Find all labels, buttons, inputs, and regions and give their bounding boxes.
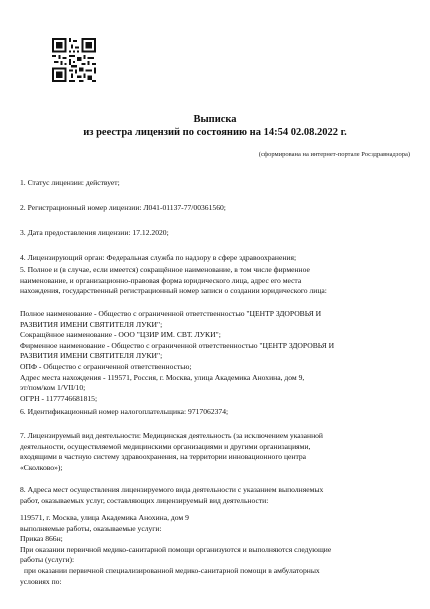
place-address: 119571, г. Москва, улица Академика Анохи… [20, 513, 412, 524]
full-name-cont: РАЗВИТИЯ ИМЕНИ СВЯТИТЕЛЯ ЛУКИ"; [20, 320, 412, 331]
licensing-authority: 4. Лицензирующий орган: Федеральная служ… [20, 253, 415, 264]
works-label: выполняемые работы, оказываемые услуги: [20, 524, 412, 535]
text-line: работ, оказываемых услуг, составляющих л… [20, 496, 412, 507]
text-line: деятельности, осуществляемой медицинским… [20, 442, 412, 453]
full-name: Полное наименование - Общество с огранич… [20, 309, 412, 320]
text-line: 5. Полное и (в случае, если имеется) сок… [20, 265, 412, 276]
section-5-heading: 5. Полное и (в случае, если имеется) сок… [20, 265, 412, 297]
generated-note: (сформирована на интернет-портале Росздр… [259, 151, 410, 158]
license-number: 2. Регистрационный номер лицензии: Л041-… [20, 203, 415, 214]
text-line: «Сколково»); [20, 463, 412, 474]
text-line: 8. Адреса мест осуществления лицензируем… [20, 485, 412, 496]
section-7-activity: 7. Лицензируемый вид деятельности: Медиц… [20, 431, 412, 473]
license-date: 3. Дата предоставления лицензии: 17.12.2… [20, 228, 415, 239]
pmsp-line-cont: работы (услуги): [20, 555, 412, 566]
brand-name-cont: РАЗВИТИЯ ИМЕНИ СВЯТИТЕЛЯ ЛУКИ"; [20, 351, 412, 362]
activity-place: 119571, г. Москва, улица Академика Анохи… [20, 513, 412, 587]
opf: ОПФ - Общество с ограниченной ответствен… [20, 362, 412, 373]
address: Адрес места нахождения - 119571, Россия,… [20, 373, 412, 384]
text-line: входящими в частную систему здравоохране… [20, 452, 412, 463]
license-status: 1. Статус лицензии: действует; [20, 178, 415, 189]
text-line: наименование, и организационно-правовая … [20, 276, 412, 287]
inn: 6. Идентификационный номер налогоплатель… [20, 407, 415, 418]
text-line: 7. Лицензируемый вид деятельности: Медиц… [20, 431, 412, 442]
brand-name: Фирменное наименование - Общество с огра… [20, 341, 412, 352]
organization-details: Полное наименование - Общество с огранич… [20, 309, 412, 404]
specialized-care: при оказании первичной специализированно… [20, 566, 412, 577]
order-ref: Приказ 866н; [20, 534, 412, 545]
text-line: нахождения, государственный регистрацион… [20, 286, 412, 297]
specialized-care-cont: условиях по: [20, 577, 412, 588]
qr-code [52, 38, 96, 82]
section-8-addresses: 8. Адреса мест осуществления лицензируем… [20, 485, 412, 506]
pmsp-line: При оказании первичной медико-санитарной… [20, 545, 412, 556]
document-subtitle-date: из реестра лицензий по состоянию на 14:5… [0, 127, 430, 138]
document-title: Выписка [0, 114, 430, 125]
short-name: Сокращённое наименование - ООО "ЦЗИР ИМ.… [20, 330, 412, 341]
address-cont: эт/пом/ком 1/VII/10; [20, 383, 412, 394]
ogrn: ОГРН - 1177746681815; [20, 394, 412, 405]
